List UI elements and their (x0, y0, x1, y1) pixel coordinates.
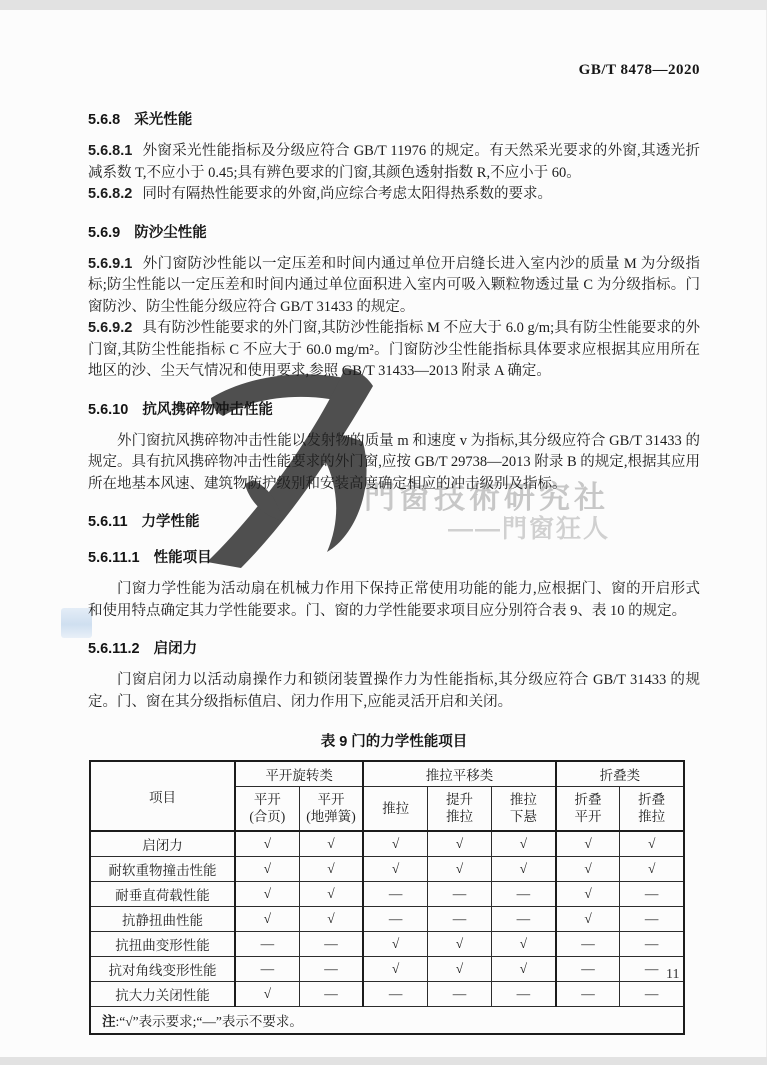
table9-cell: — (492, 981, 556, 1006)
section-title: 抗风携碎物冲击性能 (142, 402, 273, 418)
table9-cell: — (427, 906, 491, 931)
clause-number: 5.6.8.1 (88, 143, 132, 159)
table-row: 抗扭曲变形性能——√√√—— (90, 931, 684, 956)
table9-row-item: 耐软重物撞击性能 (90, 856, 235, 881)
table9-cell: √ (299, 906, 363, 931)
table9-item-header: 项目 (90, 761, 235, 831)
table9-cell: √ (620, 831, 684, 857)
table9-body: 启闭力√√√√√√√耐软重物撞击性能√√√√√√√耐垂直荷载性能√√———√—抗… (90, 831, 684, 1034)
table9-cell: — (620, 906, 684, 931)
clause-number: 5.6.8.2 (88, 186, 132, 202)
table9-cell: — (556, 956, 620, 981)
table-row: 耐垂直荷载性能√√———√— (90, 881, 684, 906)
table9-subcol-header: 提升 推拉 (427, 787, 491, 831)
section-number: 5.6.8 (88, 112, 120, 128)
table9-cell: √ (556, 831, 620, 857)
table9-title: 表 9 门的力学性能项目 (88, 730, 700, 751)
page-number: 11 (666, 967, 679, 983)
table9-row-item: 抗扭曲变形性能 (90, 931, 235, 956)
table9-cell: √ (492, 956, 556, 981)
table9-group-header: 折叠类 (556, 761, 684, 787)
clause-text: 同时有隔热性能要求的外窗,尚应综合考虑太阳得热系数的要求。 (142, 186, 552, 202)
table9-cell: √ (299, 831, 363, 857)
document-page: 門窗技術研究社 ——門窗狂人 GB/T 8478—2020 5.6.8采光性能 … (0, 10, 767, 1057)
table9-cell: — (620, 981, 684, 1006)
table-row: 抗静扭曲性能√√———√— (90, 906, 684, 931)
table9-cell: — (620, 881, 684, 906)
table9-row-item: 启闭力 (90, 831, 235, 857)
section-title: 采光性能 (134, 112, 192, 128)
table9-cell: — (299, 931, 363, 956)
table9-cell: — (427, 881, 491, 906)
table9-cell: √ (235, 981, 299, 1006)
table9-cell: — (235, 956, 299, 981)
table9-group-header: 平开旋转类 (235, 761, 363, 787)
table9-cell: √ (235, 881, 299, 906)
section-heading-5.6.9: 5.6.9防沙尘性能 (88, 221, 700, 242)
table9-cell: — (427, 981, 491, 1006)
clause-text: 外门窗防沙性能以一定压差和时间内通过单位开启缝长进入室内沙的质量 M 为分级指标… (88, 256, 700, 315)
section-title: 性能项目 (154, 550, 212, 566)
table9-cell: √ (299, 856, 363, 881)
section-number: 5.6.11.1 (88, 550, 140, 566)
table9-cell: — (492, 906, 556, 931)
clause-5.6.9.2: 5.6.9.2具有防沙性能要求的外门窗,其防沙性能指标 M 不应大于 6.0 g… (88, 318, 700, 383)
table9-cell: — (299, 981, 363, 1006)
table9-cell: — (299, 956, 363, 981)
clause-5.6.9.1: 5.6.9.1外门窗防沙性能以一定压差和时间内通过单位开启缝长进入室内沙的质量 … (88, 254, 700, 319)
section-heading-5.6.11.2: 5.6.11.2启闭力 (88, 637, 700, 658)
section-heading-5.6.10: 5.6.10抗风携碎物冲击性能 (88, 398, 700, 419)
table9-subcol-header: 折叠 平开 (556, 787, 620, 831)
table9-note: 注:“√”表示要求;“—”表示不要求。 (90, 1006, 684, 1034)
table9-cell: — (235, 931, 299, 956)
section-number: 5.6.9 (88, 225, 120, 241)
paragraph-5.6.10: 外门窗抗风携碎物冲击性能以发射物的质量 m 和速度 v 为指标,其分级应符合 G… (88, 431, 700, 496)
table9-cell: √ (235, 906, 299, 931)
table9-cell: — (363, 906, 427, 931)
table9-row-item: 抗对角线变形性能 (90, 956, 235, 981)
table9-cell: √ (363, 831, 427, 857)
clause-text: 外窗采光性能指标及分级应符合 GB/T 11976 的规定。有天然采光要求的外窗… (88, 143, 700, 181)
section-number: 5.6.11 (88, 514, 128, 530)
table9-cell: — (620, 931, 684, 956)
table9-cell: √ (363, 931, 427, 956)
section-title: 启闭力 (154, 641, 198, 657)
section-heading-5.6.11.1: 5.6.11.1性能项目 (88, 546, 700, 567)
table9-cell: √ (299, 881, 363, 906)
standard-code-header: GB/T 8478—2020 (88, 62, 700, 79)
table9-cell: √ (235, 856, 299, 881)
table9-cell: √ (427, 831, 491, 857)
table9-group-header: 推拉平移类 (363, 761, 555, 787)
table9-cell: √ (492, 856, 556, 881)
table9-cell: √ (492, 831, 556, 857)
table9-note-label: 注 (102, 1014, 116, 1029)
table9-row-item: 耐垂直荷载性能 (90, 881, 235, 906)
table-row: 抗对角线变形性能——√√√—— (90, 956, 684, 981)
table9-cell: — (363, 981, 427, 1006)
scanned-standard-page: { "page": { "header_code": "GB/T 8478—20… (0, 0, 767, 1065)
table9-header: 项目平开旋转类推拉平移类折叠类平开 (合页)平开 (地弹簧)推拉提升 推拉推拉 … (90, 761, 684, 831)
clause-text: 具有防沙性能要求的外门窗,其防沙性能指标 M 不应大于 6.0 g/m;具有防尘… (88, 320, 700, 379)
clause-number: 5.6.9.2 (88, 320, 132, 336)
table9-cell: √ (363, 856, 427, 881)
table9-subcol-header: 推拉 (363, 787, 427, 831)
section-heading-5.6.11: 5.6.11力学性能 (88, 510, 700, 531)
table9-cell: √ (427, 856, 491, 881)
table9-cell: — (492, 881, 556, 906)
table9-subcol-header: 平开 (地弹簧) (299, 787, 363, 831)
table-row: 启闭力√√√√√√√ (90, 831, 684, 857)
clause-5.6.8.2: 5.6.8.2同时有隔热性能要求的外窗,尚应综合考虑太阳得热系数的要求。 (88, 184, 700, 206)
section-number: 5.6.11.2 (88, 641, 140, 657)
paragraph-5.6.11.1: 门窗力学性能为活动扇在机械力作用下保持正常使用功能的能力,应根据门、窗的开启形式… (88, 579, 700, 622)
table9-cell: √ (427, 931, 491, 956)
table9-cell: — (363, 881, 427, 906)
document-content: GB/T 8478—2020 5.6.8采光性能 5.6.8.1外窗采光性能指标… (88, 10, 700, 1035)
table9-cell: √ (620, 856, 684, 881)
table9-subcol-header: 折叠 推拉 (620, 787, 684, 831)
table9-cell: √ (427, 956, 491, 981)
clause-number: 5.6.9.1 (88, 256, 132, 272)
table9-cell: — (556, 981, 620, 1006)
table-row: 抗大力关闭性能√—————— (90, 981, 684, 1006)
paragraph-5.6.11.2: 门窗启闭力以活动扇操作力和锁闭装置操作力为性能指标,其分级应符合 GB/T 31… (88, 670, 700, 713)
table9-cell: √ (556, 881, 620, 906)
clause-5.6.8.1: 5.6.8.1外窗采光性能指标及分级应符合 GB/T 11976 的规定。有天然… (88, 141, 700, 184)
table9-cell: √ (363, 956, 427, 981)
table9: 项目平开旋转类推拉平移类折叠类平开 (合页)平开 (地弹簧)推拉提升 推拉推拉 … (89, 760, 685, 1035)
section-number: 5.6.10 (88, 402, 128, 418)
section-title: 力学性能 (142, 514, 200, 530)
section-heading-5.6.8: 5.6.8采光性能 (88, 108, 700, 129)
table9-cell: √ (556, 906, 620, 931)
table9-cell: √ (492, 931, 556, 956)
table9-cell: √ (235, 831, 299, 857)
table-row: 耐软重物撞击性能√√√√√√√ (90, 856, 684, 881)
table9-subcol-header: 平开 (合页) (235, 787, 299, 831)
section-title: 防沙尘性能 (134, 225, 207, 241)
table9-row-item: 抗静扭曲性能 (90, 906, 235, 931)
table9-cell: √ (556, 856, 620, 881)
table9-cell: — (556, 931, 620, 956)
table9-row-item: 抗大力关闭性能 (90, 981, 235, 1006)
table9-subcol-header: 推拉 下悬 (492, 787, 556, 831)
